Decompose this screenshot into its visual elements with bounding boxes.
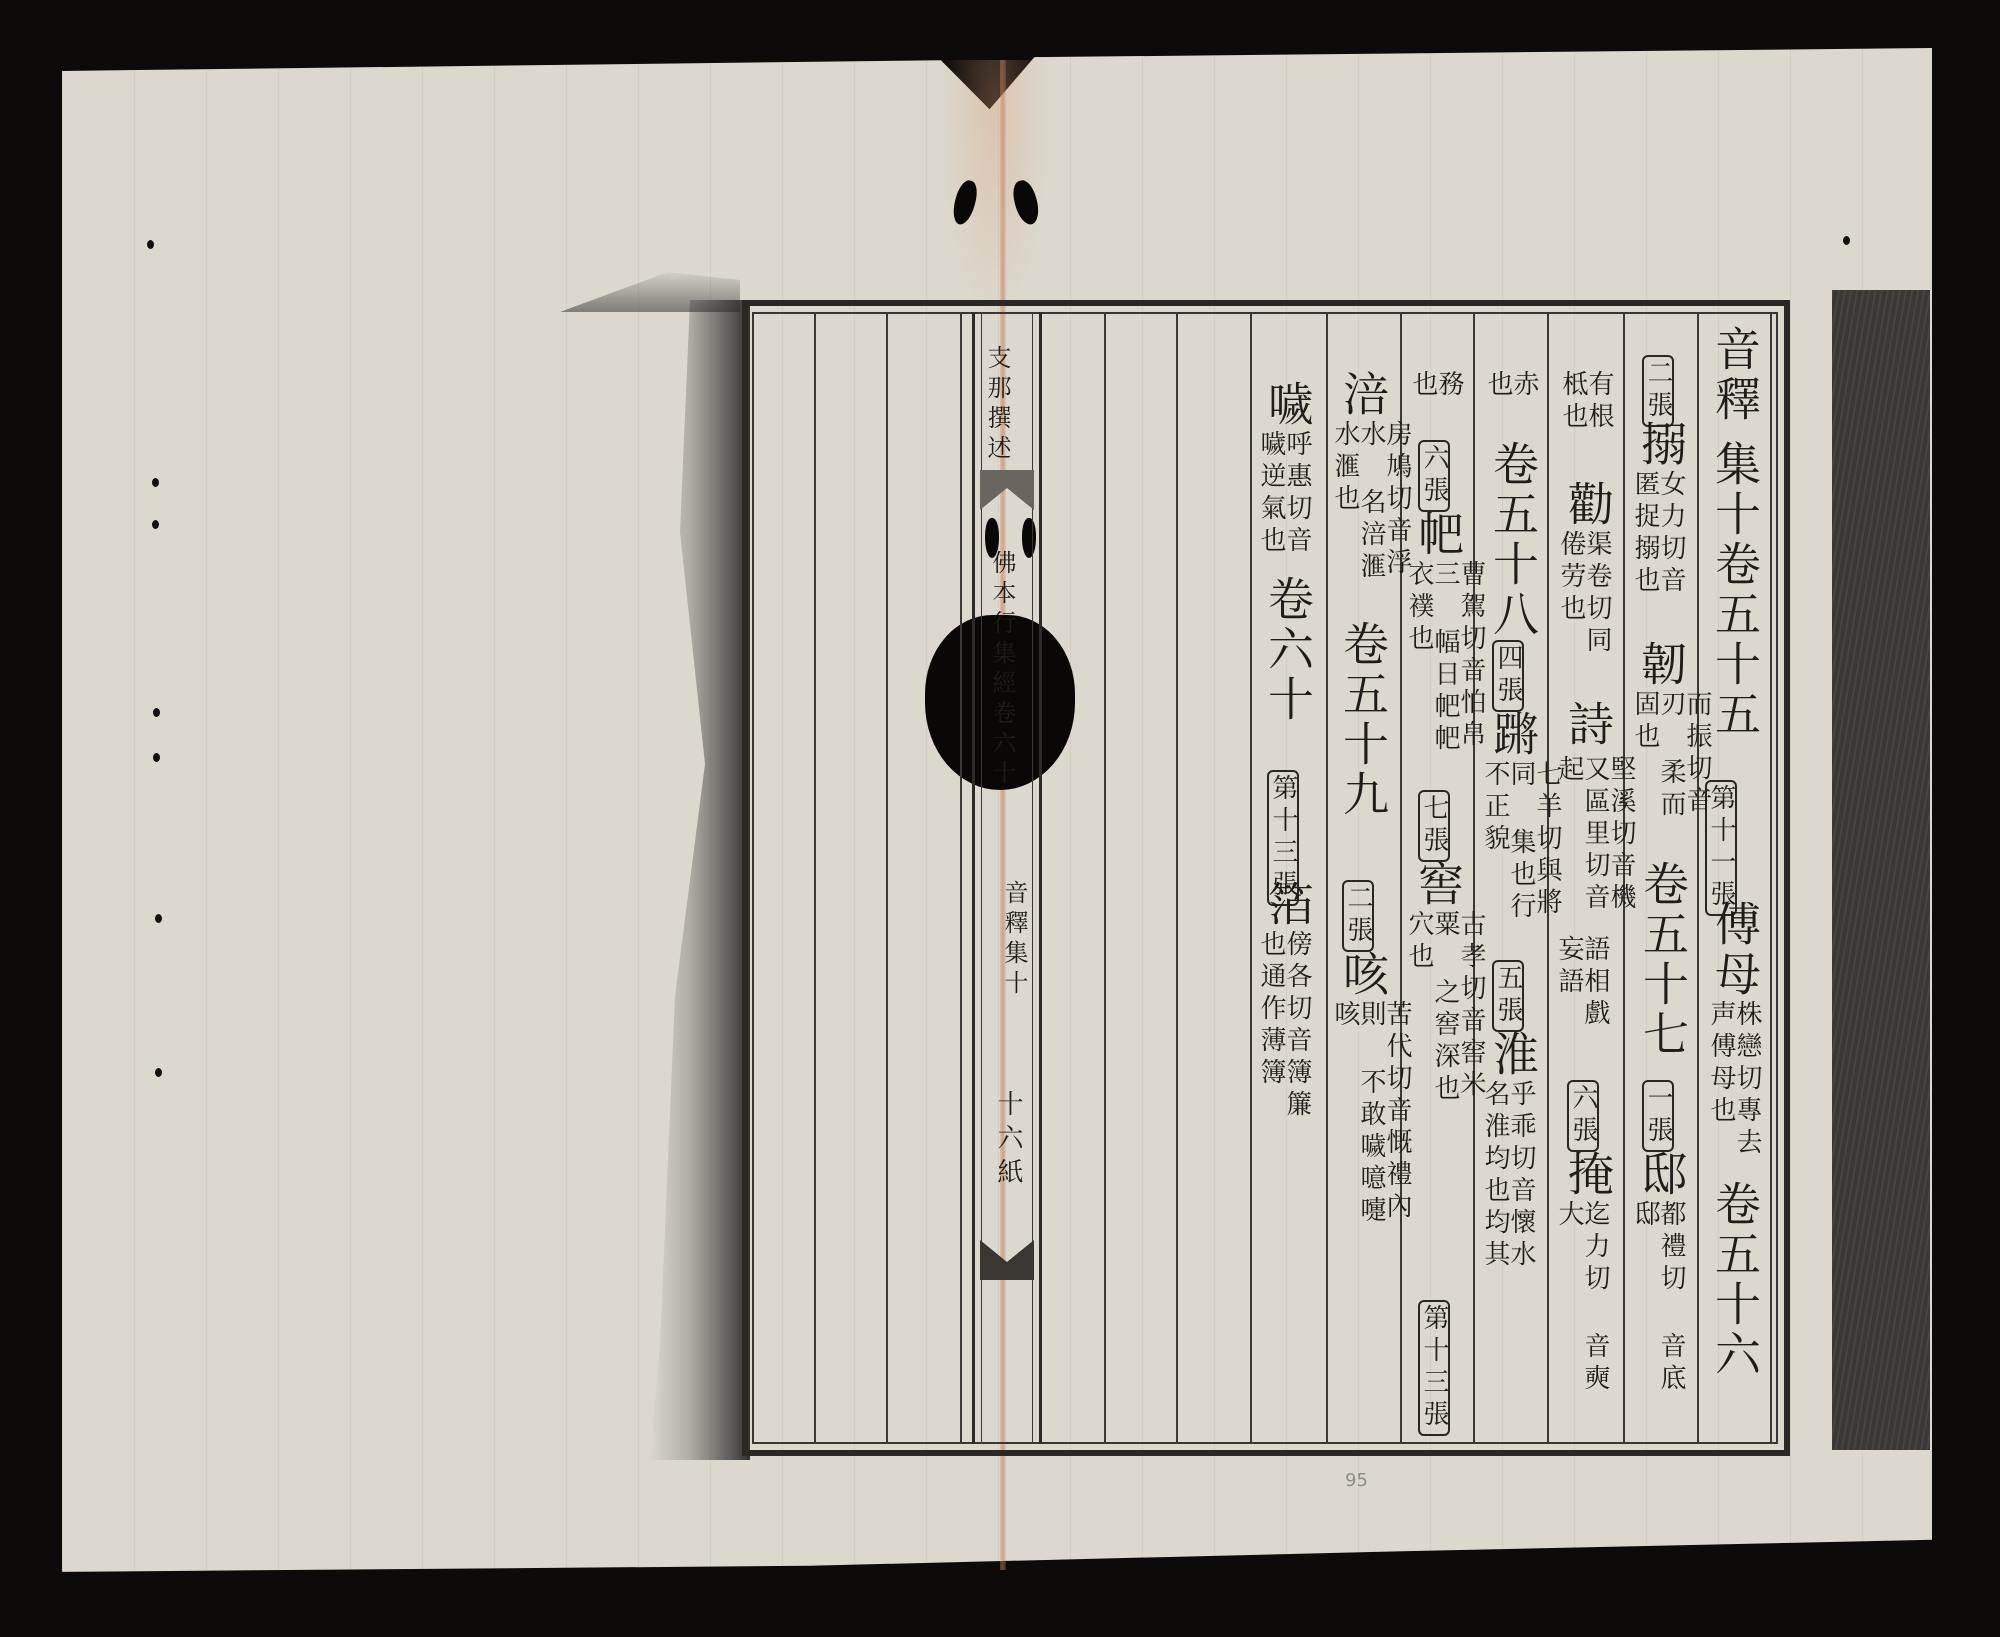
gloss-note: 而振切音刃 柔而固也 [1632, 690, 1710, 840]
column-rule [1326, 314, 1328, 1442]
volume-marker: 卷五十六 [1712, 1180, 1758, 1380]
binding-hole [155, 914, 162, 923]
sheet-marker: 第十三張 [1418, 1300, 1450, 1436]
headword: 韌 [1638, 640, 1684, 690]
headword: 詩 [1565, 700, 1611, 750]
column-rule [1250, 314, 1252, 1442]
volume-marker: 卷五十八 [1490, 440, 1536, 640]
binding-hole [155, 1068, 162, 1077]
headword: 帊 [1415, 510, 1461, 560]
center-sheet-label: 十六紙 [995, 1090, 1021, 1192]
volume-marker: 卷五十七 [1640, 860, 1686, 1060]
gloss-note: 株戀切專去 声傅母也 [1700, 1000, 1760, 1170]
gloss-note: 女力切音 匿捉搦也 [1632, 470, 1684, 640]
sheet-marker: 二張 [1642, 355, 1674, 427]
binding-hole [153, 708, 160, 717]
gloss-note: 七羊切與將同 集也行不正貌 [1482, 760, 1560, 950]
headword: 掩 [1565, 1150, 1611, 1200]
center-section-label: 音釋集十 [1002, 880, 1026, 1000]
sheet-marker: 七張 [1418, 790, 1450, 862]
gloss-note: 都禮切 音底邸 [1632, 1200, 1684, 1400]
column-rule [1770, 314, 1772, 1442]
volume-marker: 卷六十 [1265, 575, 1311, 725]
headword: 蹡 [1490, 710, 1536, 760]
sheet-marker: 六張 [1567, 1080, 1599, 1152]
headword: 傅母 [1712, 900, 1758, 1000]
gloss-note: 乎乖切音懷水 名淮均也均其 [1482, 1080, 1534, 1300]
gloss-note: 曹駕切音怕帛三 幅日帊帊衣襆也 [1406, 560, 1484, 780]
pencil-folio-number: 95 [1345, 1470, 1368, 1491]
binding-hole [152, 520, 159, 529]
headword: 涪 [1340, 370, 1386, 420]
headword: 咳 [1340, 950, 1386, 1000]
sheet-marker: 六張 [1418, 440, 1450, 512]
sheet-marker: 五張 [1492, 960, 1524, 1032]
center-top-label: 支那撰述 [985, 345, 1009, 465]
binding-hole [1843, 236, 1850, 245]
column-rule [886, 314, 888, 1442]
center-middle-label: 佛本行集經卷六十 [990, 550, 1014, 790]
headword: 勸 [1565, 480, 1611, 530]
heading-title: 音釋 [1712, 325, 1758, 425]
column-rule [1104, 314, 1106, 1442]
headword: 箔 [1265, 880, 1311, 930]
volume-marker: 卷五十九 [1340, 620, 1386, 820]
gloss-note: 古孝切音窖米粟 之窖深也穴也 [1406, 910, 1484, 1130]
binding-hole [147, 240, 154, 249]
gloss-note: 堅溪切音機 又區里切音起 [1556, 755, 1634, 935]
headword: 搦 [1638, 420, 1684, 470]
gloss-note: 房鳩切音浮水 名涪滙水滙也 [1332, 420, 1410, 610]
column-rule [814, 314, 816, 1442]
sheet-marker: 二張 [1342, 880, 1374, 952]
gloss-note: 迄力切 音奭大 [1556, 1200, 1608, 1400]
column-rule [960, 314, 962, 1442]
heading-volume: 集十卷五十五 [1712, 440, 1758, 740]
column-rule [1176, 314, 1178, 1442]
gloss-note: 渠卷切同 倦劳也 [1558, 530, 1610, 690]
column-rule [1697, 314, 1699, 1442]
gloss-note: 語相戲 妄語 [1556, 935, 1608, 1065]
column-rule [1473, 314, 1475, 1442]
gloss-note: 苦代切音慨禮內則 不敢噦噫嚏咳 [1332, 1000, 1410, 1250]
sheet-marker: 四張 [1492, 640, 1524, 712]
headword: 窖 [1415, 860, 1461, 910]
gloss-note: 呼惠切音 噦逆氣也 [1258, 430, 1310, 570]
gloss-note: 有根 柢也 [1560, 370, 1612, 460]
ink-rubbed-strip [1832, 290, 1930, 1450]
sheet-marker: 一張 [1642, 1080, 1674, 1152]
binding-hole [152, 478, 159, 487]
headword: 噦 [1265, 380, 1311, 430]
headword: 邸 [1638, 1150, 1684, 1200]
gloss-note: 傍各切音簿簾 也通作薄簿 [1258, 930, 1310, 1130]
binding-hole [153, 753, 160, 762]
headword: 淮 [1490, 1030, 1536, 1080]
